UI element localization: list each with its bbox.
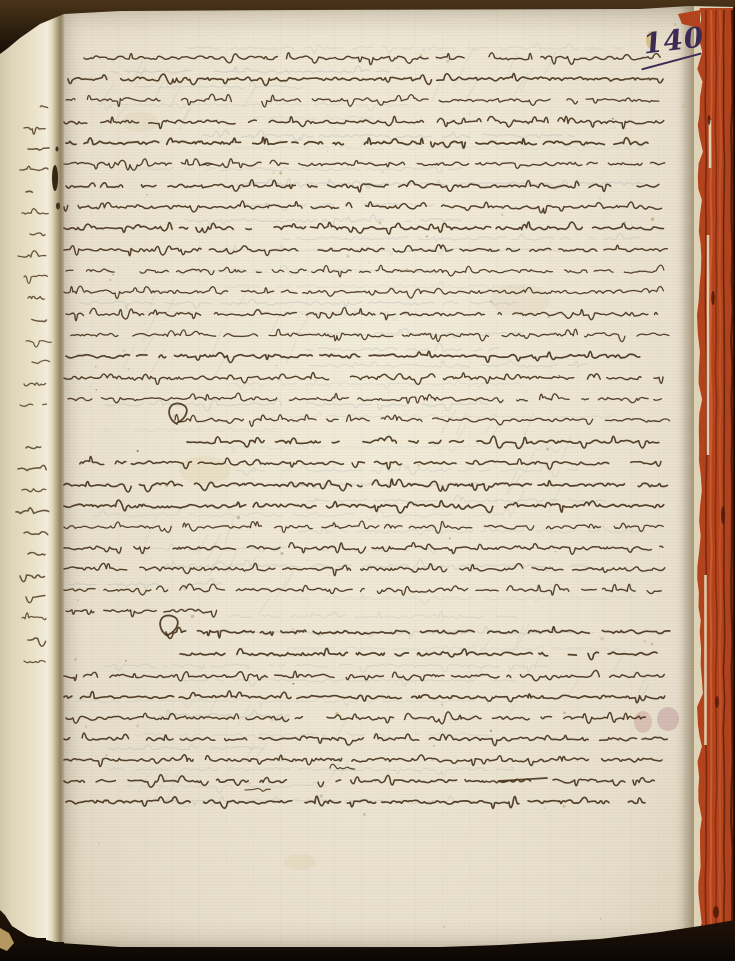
handwriting-layer xyxy=(0,0,735,961)
binding-bottom xyxy=(0,910,735,961)
stain xyxy=(634,711,652,733)
paper-stains xyxy=(74,23,684,927)
stain xyxy=(179,456,231,484)
stain xyxy=(284,854,316,870)
handwriting-lines xyxy=(52,53,670,809)
ink-blot xyxy=(52,165,58,191)
stain xyxy=(657,707,679,731)
showthrough-writing xyxy=(70,43,649,807)
fore-edge-paint xyxy=(678,5,735,950)
facing-page-text-fragments xyxy=(16,106,53,663)
binding xyxy=(0,0,735,961)
page-number: 140 xyxy=(642,23,706,58)
stain xyxy=(490,284,550,316)
binding-top xyxy=(0,0,735,54)
stain xyxy=(122,112,158,132)
book-photo: 140 xyxy=(0,0,735,961)
